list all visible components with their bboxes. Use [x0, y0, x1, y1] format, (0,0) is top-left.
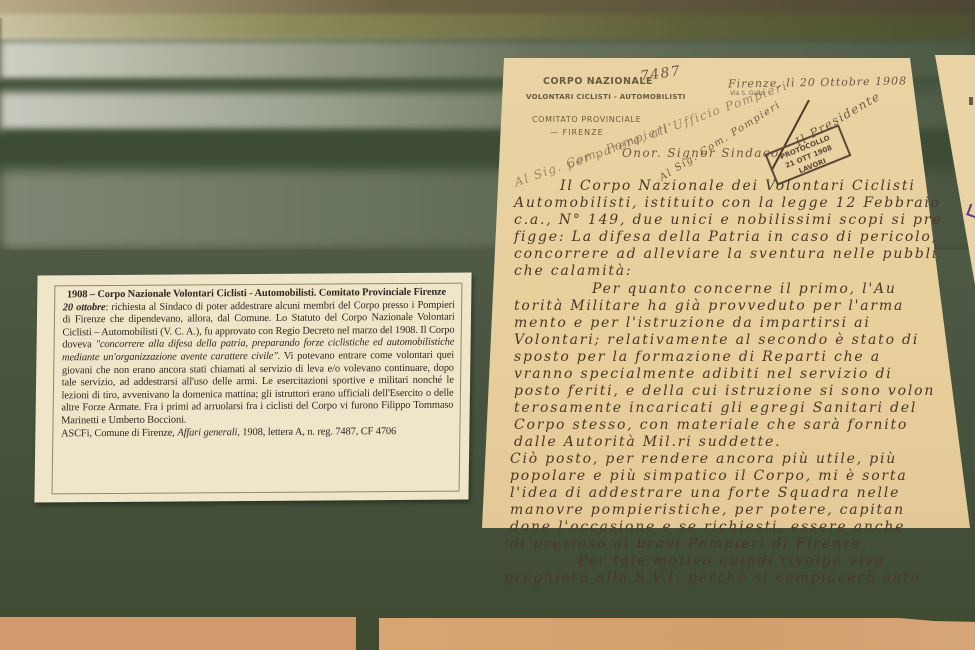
adjacent-document-text-fragment — [969, 97, 973, 105]
letter-line: dalle Autorità Mil.ri suddette. — [514, 434, 781, 450]
letterhead-line-2: VOLONTARI CICLISTI - AUTOMOBILISTI — [526, 93, 686, 101]
letter-salutation: Onor. Signor Sindaco, — [622, 146, 785, 160]
label-source-series: Affari generali — [177, 427, 237, 438]
letter-line: posto feriti, e della cui istruzione si … — [514, 383, 935, 399]
letter-line: figge: La difesa della Patria in caso di… — [514, 229, 938, 245]
exhibit-label-text: 1908 – Corpo Nazionale Volontari Ciclist… — [61, 287, 455, 441]
letter-line: Corpo stesso, con materiale che sarà for… — [514, 417, 908, 433]
letter-line: done l'occasione e se richiesti, essere … — [510, 519, 905, 535]
case-rail — [0, 14, 975, 40]
letterhead-line-3: COMITATO PROVINCIALE — [532, 115, 641, 124]
letter-line: c.a., N° 149, due unici e nobilissimi sc… — [514, 212, 942, 228]
letterhead-line-4: — FIRENZE — [550, 128, 604, 137]
letter-line: sposto per la formazione di Reparti che … — [514, 349, 881, 365]
letter-line: Automobilisti, istituito con la legge 12… — [514, 195, 941, 211]
letter-line: preghiera alla S.V.I. perchè si compiace… — [504, 570, 921, 586]
letter-line: concorrere ad alleviare la sventura nell… — [514, 246, 938, 262]
letterhead-line-1: CORPO NAZIONALE — [543, 76, 653, 87]
display-case: 1908 – Corpo Nazionale Volontari Ciclist… — [0, 0, 975, 650]
label-paragraph: 20 ottobre: richiesta al Sindaco di pote… — [61, 299, 455, 428]
label-source-suffix: , 1908, lettera A, n. reg. 7487, CF 4706 — [237, 426, 396, 438]
label-source-prefix: ASCFi, Comune di Firenze, — [61, 427, 177, 439]
letter-line: vranno specialmente adibiti nel servizio… — [514, 366, 893, 382]
lower-document-left — [0, 617, 356, 650]
letter-line: mento e per l'istruzione da impartirsi a… — [514, 315, 871, 331]
letter-line: che calamità: — [514, 263, 632, 279]
letter-line: di prezioso ai bravi Pompieri di Firenze… — [510, 536, 868, 552]
letter-line: Per quanto concerne il primo, l'Au — [592, 281, 897, 297]
letter-line: terosamente incaricati gli egregi Sanita… — [514, 400, 917, 416]
letter-line: torità Militare ha già provveduto per l'… — [514, 298, 904, 314]
letter-line: Ciò posto, per rendere ancora più utile,… — [510, 451, 897, 467]
letter-line: Il Corpo Nazionale dei Volontari Ciclist… — [560, 178, 916, 194]
lower-document-right — [379, 618, 975, 650]
label-date: 20 ottobre — [63, 302, 106, 313]
letter-line: l'idea di addestrare una forte Squadra n… — [510, 485, 900, 501]
letter-line: popolare e più simpatico il Corpo, mi è … — [510, 468, 908, 484]
letter-line: Per tale motivo quindi rivolgo viva — [578, 553, 885, 569]
letter-line: Volontari; relativamente al secondo è st… — [514, 332, 919, 348]
letter-line: manovre pompieristiche, per potere, capi… — [510, 502, 905, 518]
